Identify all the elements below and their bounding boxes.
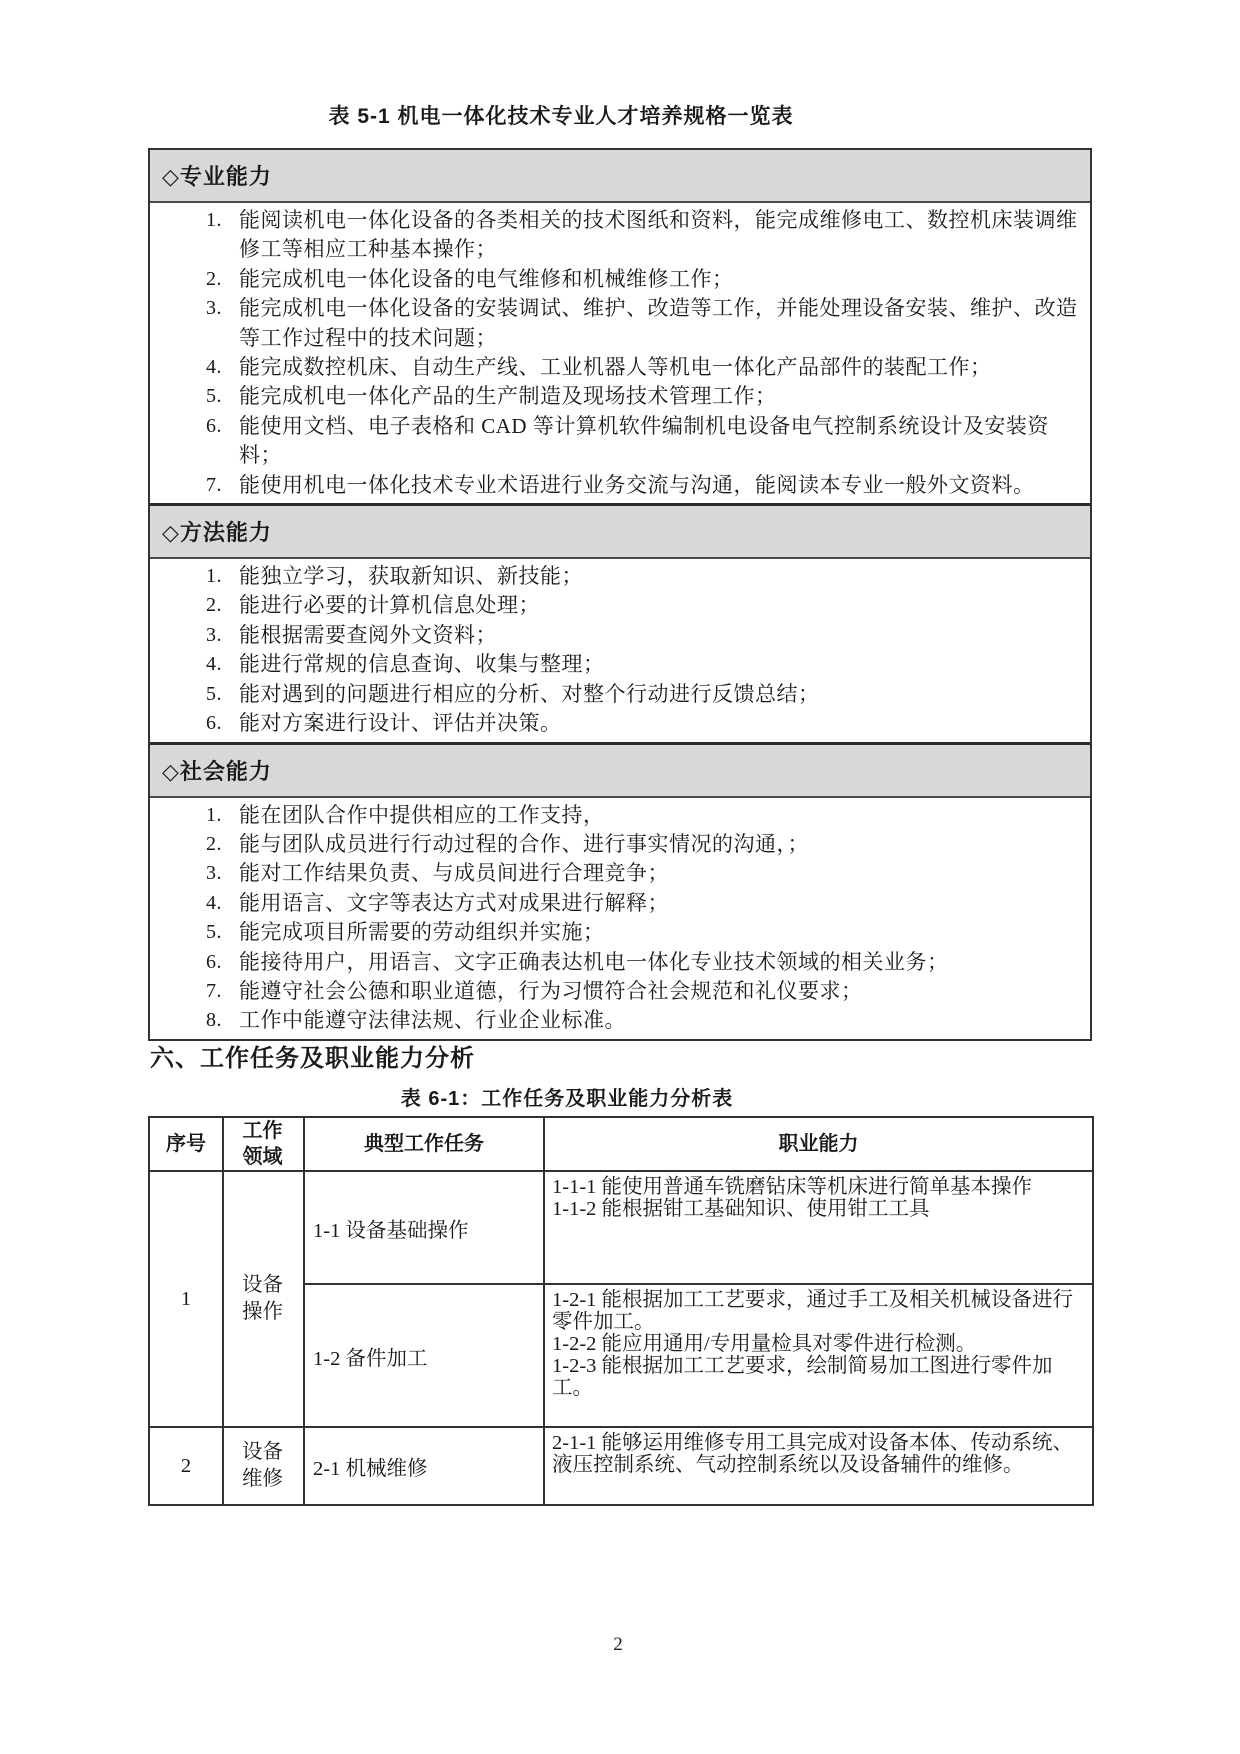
social-ability-list: 能在团队合作中提供相应的工作支持， 能与团队成员进行行动过程的合作、进行事实情况… bbox=[150, 798, 1090, 1039]
col-header-domain-label: 工作领域 bbox=[243, 1118, 285, 1170]
ability-item: 能进行常规的信息查询、收集与整理； bbox=[150, 650, 1084, 679]
cell-domain-label: 设备维修 bbox=[242, 1439, 285, 1492]
cell-domain: 设备操作 bbox=[223, 1171, 304, 1427]
col-header-no: 序号 bbox=[149, 1117, 223, 1171]
col-header-task: 典型工作任务 bbox=[304, 1117, 544, 1171]
cell-domain: 设备维修 bbox=[223, 1427, 304, 1505]
ability-item: 能使用机电一体化技术专业术语进行业务交流与沟通，能阅读本专业一般外文资料。 bbox=[150, 471, 1084, 500]
col-header-domain: 工作领域 bbox=[223, 1117, 304, 1171]
section-header-professional-ability: ◇专业能力 bbox=[150, 150, 1090, 203]
table-5-1: ◇专业能力 能阅读机电一体化设备的各类相关的技术图纸和资料，能完成维修电工、数控… bbox=[148, 148, 1092, 1041]
table-6-1-caption: 表 6-1：工作任务及职业能力分析表 bbox=[401, 1082, 733, 1111]
cell-no: 2 bbox=[149, 1427, 223, 1505]
ability-item: 能使用文档、电子表格和 CAD 等计算机软件编制机电设备电气控制系统设计及安装资… bbox=[150, 412, 1084, 471]
section-header-method-ability: ◇方法能力 bbox=[150, 503, 1090, 559]
ability-item: 能完成机电一体化产品的生产制造及现场技术管理工作； bbox=[150, 382, 1084, 411]
table-row: 2 设备维修 2-1 机械维修 2-1-1 能够运用维修专用工具完成对设备本体、… bbox=[149, 1427, 1093, 1505]
cell-ability: 1-2-1 能根据加工工艺要求，通过手工及相关机械设备进行零件加工。 1-2-2… bbox=[544, 1284, 1093, 1427]
table-6-1: 序号 工作领域 典型工作任务 职业能力 1 设备操作 1-1 设备基础操作 1-… bbox=[148, 1116, 1094, 1506]
ability-item: 能独立学习，获取新知识、新技能； bbox=[150, 562, 1084, 591]
cell-domain-label: 设备操作 bbox=[242, 1272, 285, 1325]
ability-item: 能在团队合作中提供相应的工作支持， bbox=[150, 801, 1084, 830]
ability-item: 能遵守社会公德和职业道德，行为习惯符合社会规范和礼仪要求； bbox=[150, 977, 1084, 1006]
section-6-heading: 六、工作任务及职业能力分析 bbox=[150, 1038, 475, 1073]
section-header-label: ◇社会能力 bbox=[162, 759, 272, 784]
cell-ability: 2-1-1 能够运用维修专用工具完成对设备本体、传动系统、液压控制系统、气动控制… bbox=[544, 1427, 1093, 1505]
table-6-1-header-row: 序号 工作领域 典型工作任务 职业能力 bbox=[149, 1117, 1093, 1171]
professional-ability-list: 能阅读机电一体化设备的各类相关的技术图纸和资料，能完成维修电工、数控机床装调维修… bbox=[150, 203, 1090, 503]
table-row: 1 设备操作 1-1 设备基础操作 1-1-1 能使用普通车铣磨钻床等机床进行简… bbox=[149, 1171, 1093, 1284]
ability-item: 工作中能遵守法律法规、行业企业标准。 bbox=[150, 1006, 1084, 1035]
ability-item: 能对遇到的问题进行相应的分析、对整个行动进行反馈总结； bbox=[150, 680, 1084, 709]
col-header-ability: 职业能力 bbox=[544, 1117, 1093, 1171]
cell-task: 1-2 备件加工 bbox=[304, 1284, 544, 1427]
ability-item: 能接待用户，用语言、文字正确表达机电一体化专业技术领域的相关业务； bbox=[150, 948, 1084, 977]
ability-item: 能根据需要查阅外文资料； bbox=[150, 621, 1084, 650]
ability-item: 能完成项目所需要的劳动组织并实施； bbox=[150, 918, 1084, 947]
section-header-social-ability: ◇社会能力 bbox=[150, 742, 1090, 798]
ability-item: 能完成机电一体化设备的电气维修和机械维修工作； bbox=[150, 265, 1084, 294]
cell-task: 1-1 设备基础操作 bbox=[304, 1171, 544, 1284]
document-page: 表 5-1 机电一体化技术专业人才培养规格一览表 ◇专业能力 能阅读机电一体化设… bbox=[0, 0, 1240, 1754]
ability-item: 能对方案进行设计、评估并决策。 bbox=[150, 709, 1084, 738]
ability-item: 能对工作结果负责、与成员间进行合理竞争； bbox=[150, 859, 1084, 888]
table-5-1-caption: 表 5-1 机电一体化技术专业人才培养规格一览表 bbox=[328, 100, 793, 130]
cell-task: 2-1 机械维修 bbox=[304, 1427, 544, 1505]
ability-item: 能阅读机电一体化设备的各类相关的技术图纸和资料，能完成维修电工、数控机床装调维修… bbox=[150, 206, 1084, 265]
method-ability-list: 能独立学习，获取新知识、新技能； 能进行必要的计算机信息处理； 能根据需要查阅外… bbox=[150, 559, 1090, 741]
page-number: 2 bbox=[613, 1634, 623, 1656]
ability-item: 能完成机电一体化设备的安装调试、维护、改造等工作，并能处理设备安装、维护、改造等… bbox=[150, 294, 1084, 353]
ability-item: 能完成数控机床、自动生产线、工业机器人等机电一体化产品部件的装配工作； bbox=[150, 353, 1084, 382]
cell-no: 1 bbox=[149, 1171, 223, 1427]
section-header-label: ◇专业能力 bbox=[162, 164, 272, 189]
cell-ability: 1-1-1 能使用普通车铣磨钻床等机床进行简单基本操作 1-1-2 能根据钳工基… bbox=[544, 1171, 1093, 1284]
section-header-label: ◇方法能力 bbox=[162, 520, 272, 545]
ability-item: 能用语言、文字等表达方式对成果进行解释； bbox=[150, 889, 1084, 918]
ability-item: 能与团队成员进行行动过程的合作、进行事实情况的沟通，； bbox=[150, 830, 1084, 859]
ability-item: 能进行必要的计算机信息处理； bbox=[150, 591, 1084, 620]
